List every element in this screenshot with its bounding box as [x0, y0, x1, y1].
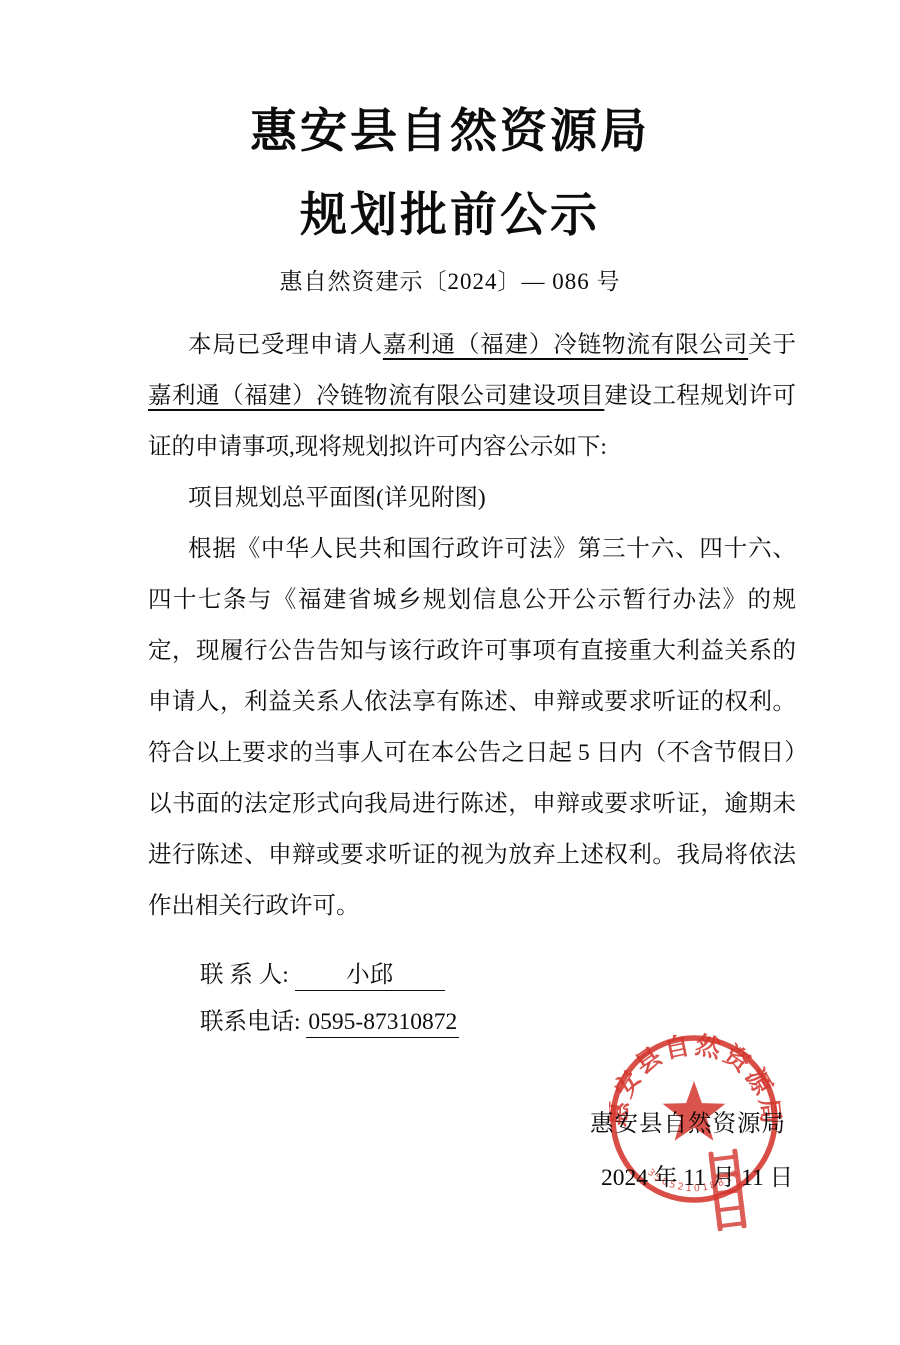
paragraph-application: 本局已受理申请人嘉利通（福建）冷链物流有限公司关于嘉利通（福建）冷链物流有限公司… — [148, 320, 796, 473]
paragraph-legal-basis: 根据《中华人民共和国行政许可法》第三十六、四十六、四十七条与《福建省城乡规划信息… — [148, 524, 796, 932]
signature-organization: 惠安县自然资源局 — [590, 1104, 786, 1138]
official-notice-document: 惠安县自然资源局 规划批前公示 惠自然资建示〔2024〕— 086 号 本局已受… — [0, 0, 900, 1345]
document-subtitle: 规划批前公示 — [0, 178, 900, 245]
contact-person-row: 联 系 人: 小邱 — [200, 952, 459, 999]
document-body: 本局已受理申请人嘉利通（福建）冷链物流有限公司关于嘉利通（福建）冷链物流有限公司… — [148, 320, 796, 932]
applicant-company-name: 嘉利通（福建）冷链物流有限公司 — [383, 332, 748, 358]
contact-person-value: 小邱 — [295, 960, 445, 991]
contact-phone-value: 0595-87310872 — [306, 1007, 459, 1038]
contact-phone-label: 联系电话: — [200, 1009, 301, 1035]
contact-block: 联 系 人: 小邱 联系电话: 0595-87310872 — [200, 952, 459, 1046]
document-title: 惠安县自然资源局 — [0, 94, 900, 161]
signature-date: 2024 年 11 月 11 日 — [601, 1158, 793, 1192]
paragraph-plan-drawing: 项目规划总平面图(详见附图) — [148, 473, 796, 524]
document-number: 惠自然资建示〔2024〕— 086 号 — [0, 263, 900, 296]
project-name: 嘉利通（福建）冷链物流有限公司建设项目 — [148, 383, 604, 409]
para1-connector: 关于 — [748, 332, 796, 358]
para1-prefix: 本局已受理申请人 — [188, 332, 383, 358]
contact-phone-row: 联系电话: 0595-87310872 — [200, 999, 459, 1046]
contact-person-label: 联 系 人: — [200, 962, 289, 988]
